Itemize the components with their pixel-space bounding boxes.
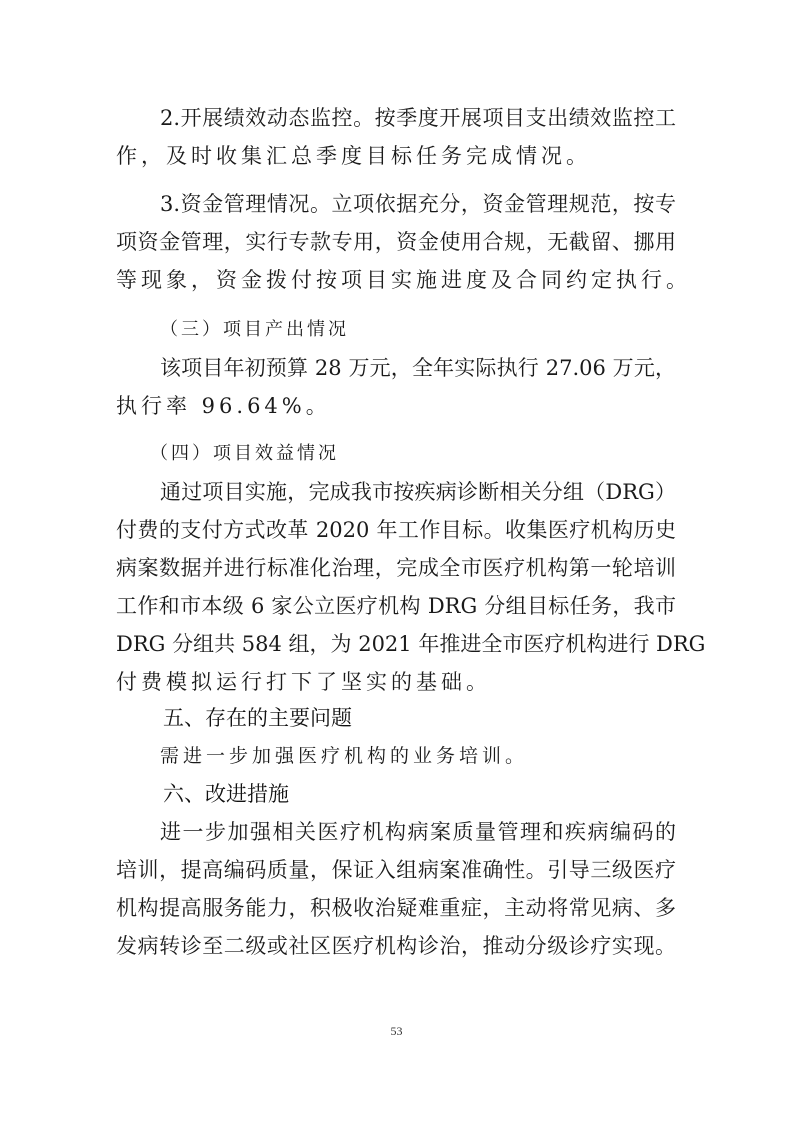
section-heading: 六、改进措施	[163, 780, 289, 808]
paragraph-line: 病案数据并进行标准化治理，完成全市医疗机构第一轮培训	[116, 554, 676, 582]
paragraph-line: 发病转诊至二级或社区医疗机构诊治，推动分级诊疗实现。	[116, 932, 676, 960]
document-page: 2.开展绩效动态监控。按季度开展项目支出绩效监控工 作，及时收集汇总季度目标任务…	[0, 0, 793, 1122]
paragraph-line: 需进一步加强医疗机构的业务培训。	[160, 742, 528, 770]
paragraph-line: 培训，提高编码质量，保证入组病案准确性。引导三级医疗	[116, 856, 676, 884]
paragraph-line: 付费模拟运行打下了坚实的基础。	[116, 668, 491, 696]
paragraph-line: 3.资金管理情况。立项依据充分，资金管理规范，按专	[160, 190, 676, 218]
paragraph-line: 该项目年初预算 28 万元，全年实际执行 27.06 万元，	[160, 354, 676, 382]
paragraph-line: 机构提高服务能力，积极收治疑难重症，主动将常见病、多	[116, 894, 676, 922]
paragraph-line: 执行率 96.64%。	[116, 392, 331, 420]
section-subheading: （四）项目效益情况	[150, 440, 339, 468]
paragraph-line: 作，及时收集汇总季度目标任务完成情况。	[116, 142, 591, 170]
paragraph-line: 通过项目实施，完成我市按疾病诊断相关分组（DRG）	[160, 478, 676, 506]
paragraph-line: 等现象，资金拨付按项目实施进度及合同约定执行。	[116, 266, 691, 294]
paragraph-line: 2.开展绩效动态监控。按季度开展项目支出绩效监控工	[160, 104, 676, 132]
paragraph-line: 付费的支付方式改革 2020 年工作目标。收集医疗机构历史	[116, 516, 676, 544]
paragraph-line: DRG 分组共 584 组，为 2021 年推进全市医疗机构进行 DRG	[116, 630, 676, 658]
paragraph-line: 项资金管理，实行专款专用，资金使用合规，无截留、挪用	[116, 228, 676, 256]
paragraph-line: 进一步加强相关医疗机构病案质量管理和疾病编码的	[160, 818, 676, 846]
page-number: 53	[0, 1024, 793, 1039]
paragraph-line: 工作和市本级 6 家公立医疗机构 DRG 分组目标任务，我市	[116, 592, 676, 620]
section-heading: 五、存在的主要问题	[163, 704, 352, 732]
section-subheading: （三）项目产出情况	[160, 316, 349, 344]
